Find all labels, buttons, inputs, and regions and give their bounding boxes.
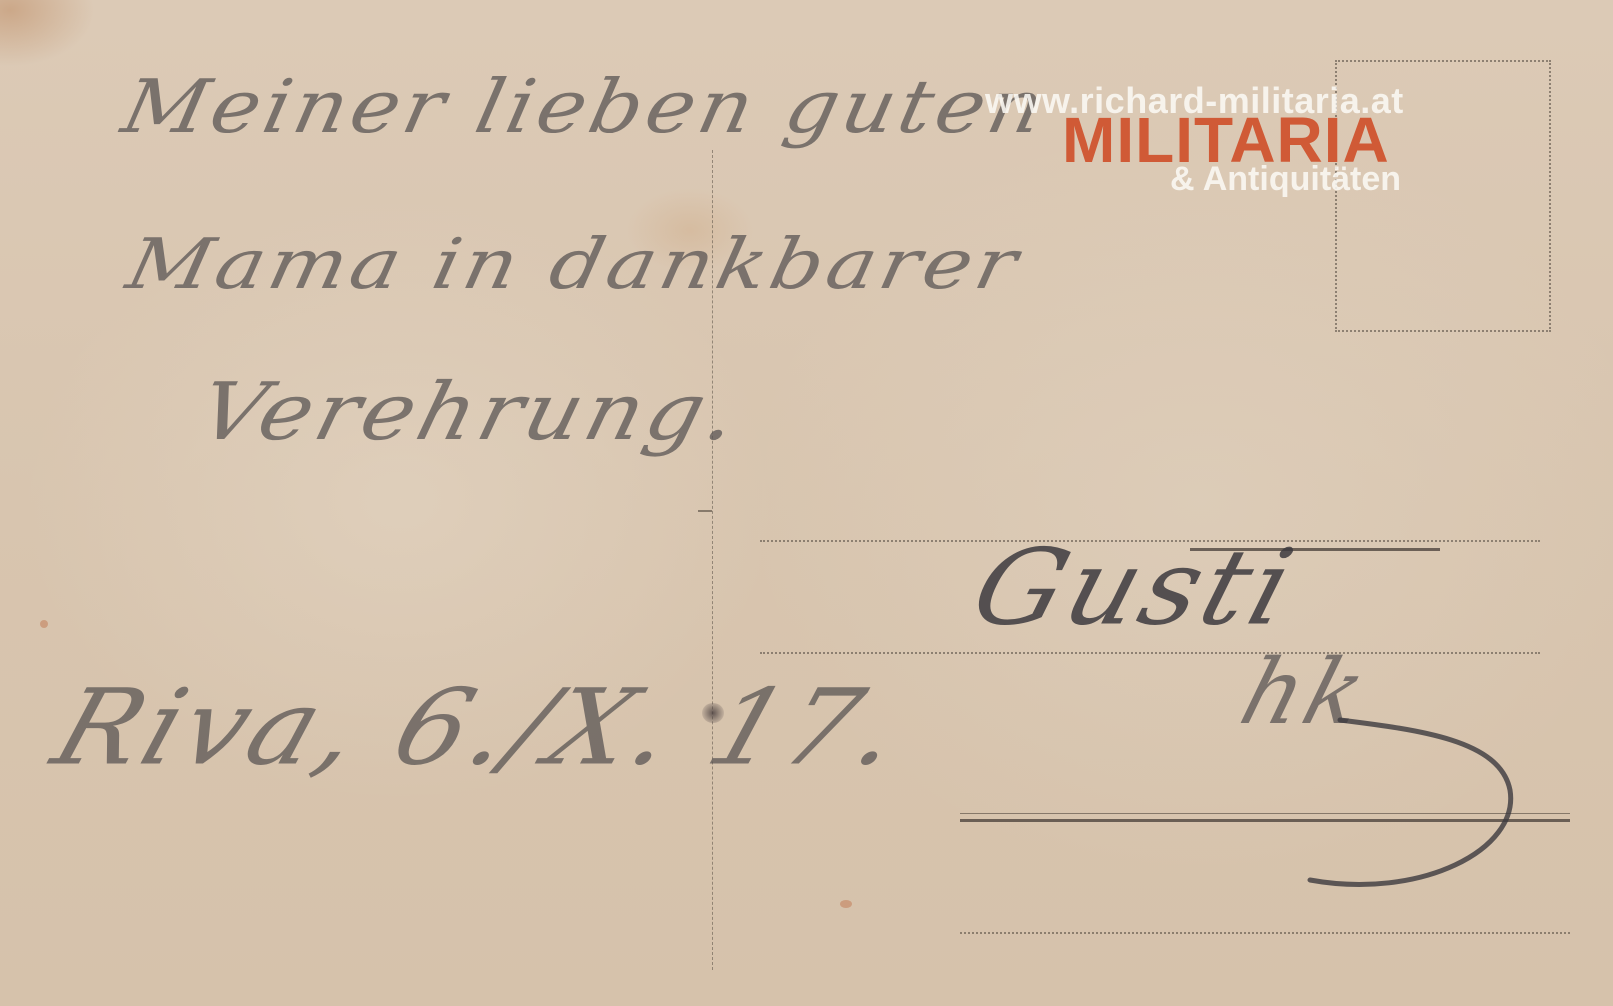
watermark-subtitle: & Antiquitäten [1170,160,1401,199]
postcard-back: Meiner lieben guten Mama in dankbarer Ve… [0,0,1613,1006]
